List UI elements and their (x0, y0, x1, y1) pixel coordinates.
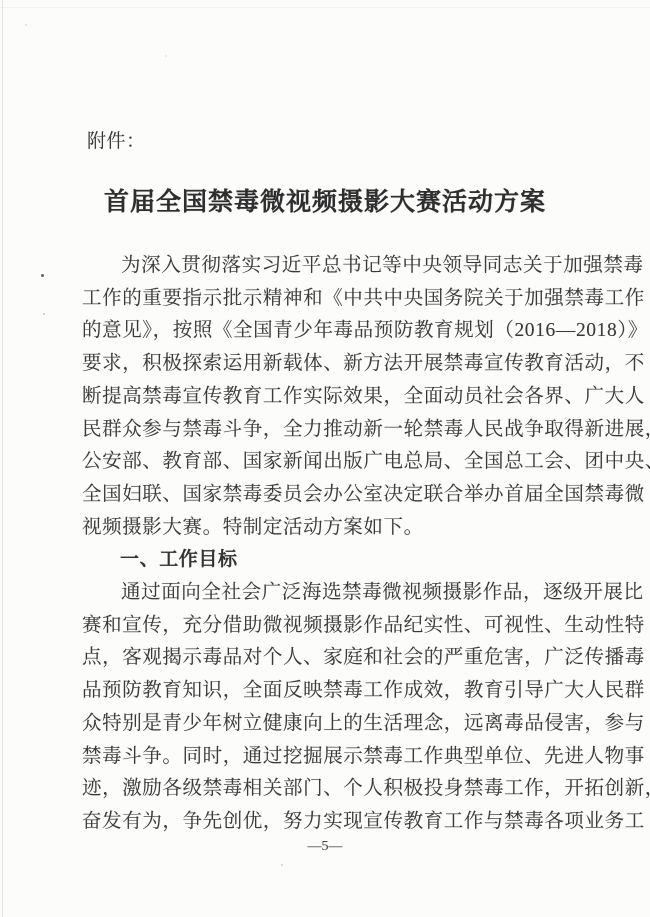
text-line: 的意见》，按照《全国青少年毒品预防教育规划（2016—2018）》 (82, 315, 574, 348)
text-line: 工作的重要指示批示精神和《中共中央国务院关于加强禁毒工作 (82, 283, 574, 316)
text-line: 要求，积极探索运用新载体、新方法开展禁毒宣传教育活动，不 (82, 348, 574, 381)
text-line: 品预防教育知识，全面反映禁毒工作成效，教育引导广大人民群 (82, 675, 574, 708)
text-line: 迹，激励各级禁毒相关部门、个人积极投身禁毒工作，开拓创新， (82, 773, 574, 806)
scan-artifact (25, 24, 27, 26)
text-line: 赛和宣传，充分借助微视频摄影作品纪实性、可视性、生动性特 (82, 610, 574, 643)
text-line: 禁毒斗争。同时，通过挖掘展示禁毒工作典型单位、先进人物事 (82, 741, 574, 774)
scan-edge-line (0, 7, 650, 8)
page-number: —5— (0, 839, 650, 855)
scanned-document-page: 附件： 首届全国禁毒微视频摄影大赛活动方案 为深入贯彻落实习近平总书记等中央领导… (0, 0, 650, 917)
text-line: 民群众参与禁毒斗争，全力推动新一轮禁毒人民战争取得新进展， (82, 414, 574, 447)
scan-artifact (43, 313, 45, 315)
text-line: 众特别是青少年树立健康向上的生活理念，远离毒品侵害，参与 (82, 708, 574, 741)
document-title: 首届全国禁毒微视频摄影大赛活动方案 (0, 182, 650, 218)
scan-artifact (41, 274, 44, 277)
text-line: 公安部、教育部、国家新闻出版广电总局、全国总工会、团中央、 (82, 446, 574, 479)
document-body: 为深入贯彻落实习近平总书记等中央领导同志关于加强禁毒 工作的重要指示批示精神和《… (82, 250, 574, 839)
scan-artifact (165, 55, 167, 57)
attachment-label: 附件： (87, 126, 146, 153)
text-line: 通过面向全社会广泛海选禁毒微视频摄影作品，逐级开展比 (82, 577, 574, 610)
text-line: 全国妇联、国家禁毒委员会办公室决定联合举办首届全国禁毒微 (82, 479, 574, 512)
text-line: 为深入贯彻落实习近平总书记等中央领导同志关于加强禁毒 (82, 250, 574, 283)
scan-artifact (281, 864, 283, 866)
text-line: 点，客观揭示毒品对个人、家庭和社会的严重危害，广泛传播毒 (82, 642, 574, 675)
scan-edge-line (2, 0, 3, 917)
text-line: 断提高禁毒宣传教育工作实际效果，全面动员社会各界、广大人 (82, 381, 574, 414)
section-heading: 一、工作目标 (82, 544, 574, 577)
text-line: 视频摄影大赛。特制定活动方案如下。 (82, 512, 574, 545)
text-line: 奋发有为，争先创优，努力实现宣传教育工作与禁毒各项业务工 (82, 806, 574, 839)
